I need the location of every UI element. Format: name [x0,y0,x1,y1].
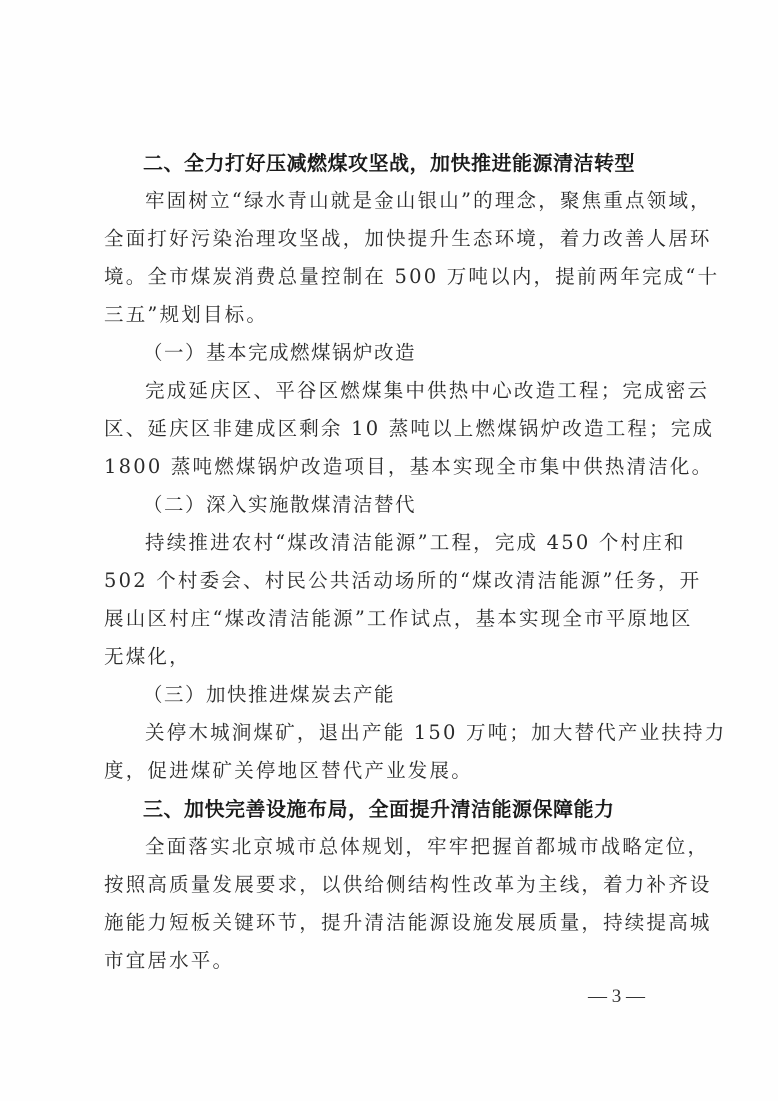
paragraph-line: 无煤化， [104,644,674,670]
subsection-heading-1: （一）基本完成燃煤锅炉改造 [143,340,713,366]
section-heading-3: 三、加快完善设施布局，全面提升清洁能源保障能力 [143,796,713,822]
paragraph-line: 牢固树立“绿水青山就是金山银山”的理念，聚焦重点领域， [145,188,715,214]
paragraph-line: 1800 蒸吨燃煤锅炉改造项目，基本实现全市集中供热清洁化。 [104,454,674,480]
paragraph-line: 展山区村庄“煤改清洁能源”工作试点，基本实现全市平原地区 [104,606,674,632]
page-number: — 3 — [588,985,645,1009]
paragraph-line: 度，促进煤矿关停地区替代产业发展。 [104,758,674,784]
paragraph-line: 关停木城涧煤矿，退出产能 150 万吨；加大替代产业扶持力 [145,720,715,746]
paragraph-line: 市宜居水平。 [104,948,674,974]
section-heading-2: 二、全力打好压减燃煤攻坚战，加快推进能源清洁转型 [143,150,713,176]
subsection-heading-3: （三）加快推进煤炭去产能 [143,682,713,708]
paragraph-line: 按照高质量发展要求，以供给侧结构性改革为主线，着力补齐设 [104,872,674,898]
paragraph-line: 三五”规划目标。 [104,302,674,328]
paragraph-line: 境。全市煤炭消费总量控制在 500 万吨以内，提前两年完成“十 [104,264,674,290]
paragraph-line: 区、延庆区非建成区剩余 10 蒸吨以上燃煤锅炉改造工程；完成 [104,416,674,442]
paragraph-line: 施能力短板关键环节，提升清洁能源设施发展质量，持续提高城 [104,910,674,936]
paragraph-line: 全面打好污染治理攻坚战，加快提升生态环境，着力改善人居环 [104,226,674,252]
paragraph-line: 完成延庆区、平谷区燃煤集中供热中心改造工程；完成密云 [145,378,715,404]
document-page: 二、全力打好压减燃煤攻坚战，加快推进能源清洁转型 牢固树立“绿水青山就是金山银山… [0,0,778,1101]
paragraph-line: 全面落实北京城市总体规划，牢牢把握首都城市战略定位， [145,834,715,860]
subsection-heading-2: （二）深入实施散煤清洁替代 [143,492,713,518]
paragraph-line: 持续推进农村“煤改清洁能源”工程，完成 450 个村庄和 [145,530,715,556]
paragraph-line: 502 个村委会、村民公共活动场所的“煤改清洁能源”任务，开 [104,568,674,594]
